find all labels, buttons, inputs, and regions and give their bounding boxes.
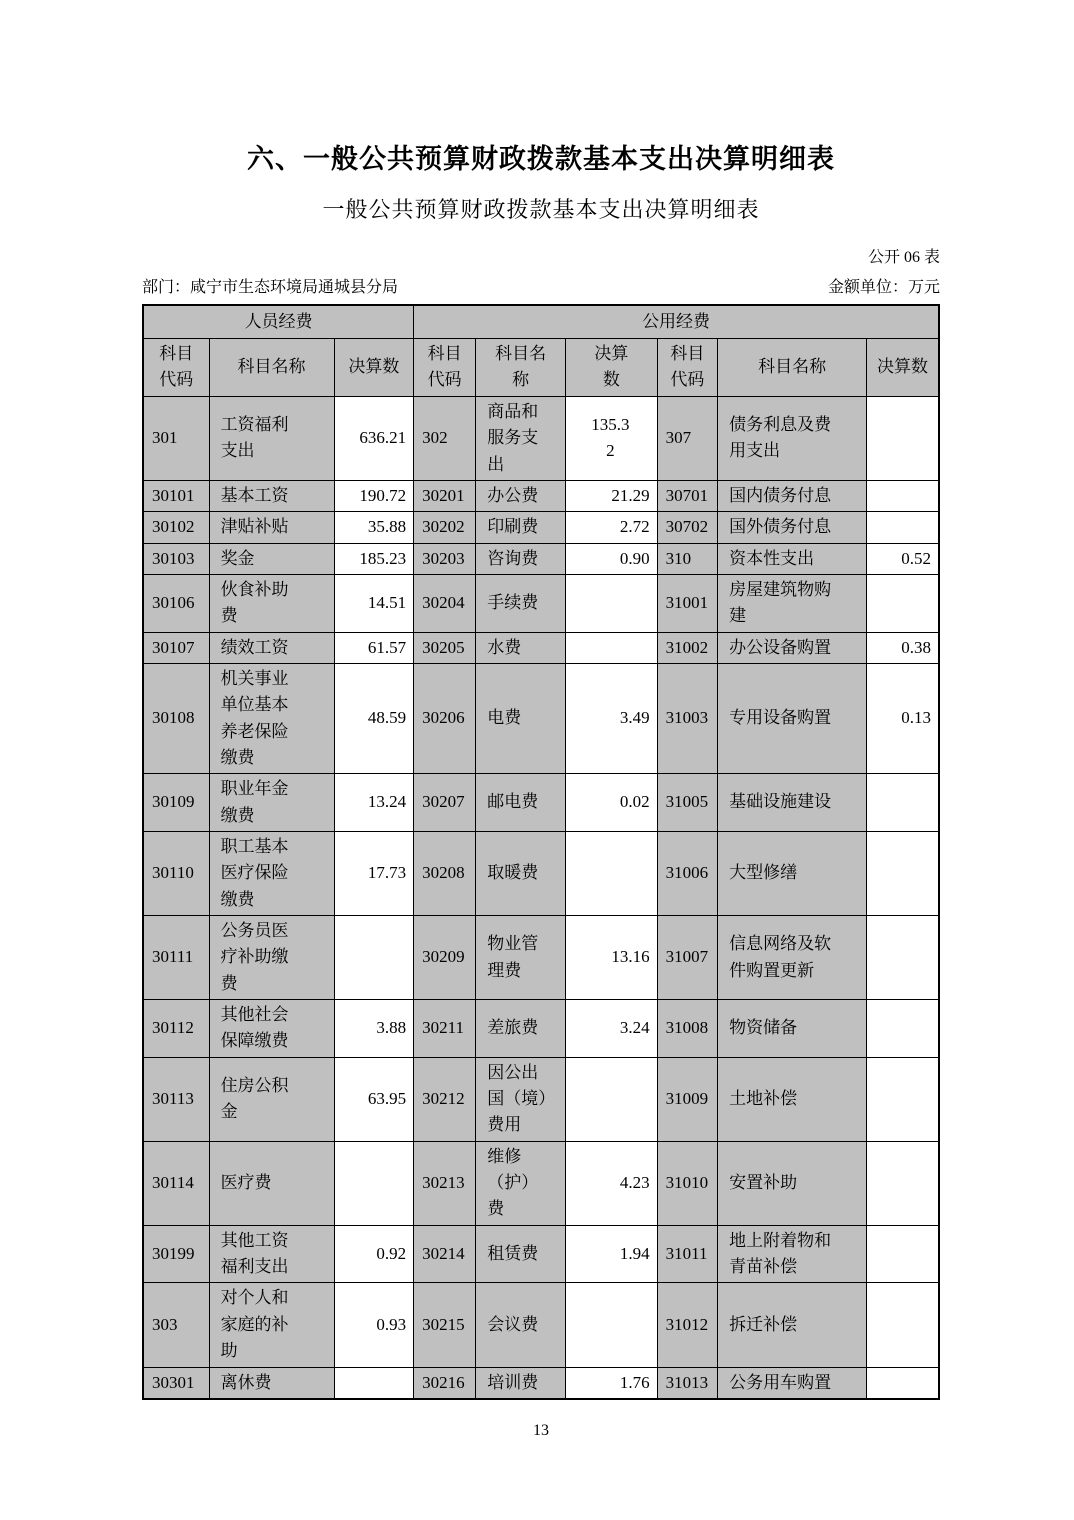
amount-cell: 3.24 xyxy=(566,1000,658,1058)
subject-code-cell: 30702 xyxy=(657,512,717,543)
table-row: 30106伙食补助 费14.5130204手续费31001房屋建筑物购 建 xyxy=(143,574,939,632)
amount-cell: 0.93 xyxy=(334,1283,414,1367)
amount-cell xyxy=(334,1141,414,1225)
column-header: 决算 数 xyxy=(566,339,658,397)
subject-name-cell: 债务利息及费 用支出 xyxy=(718,396,867,480)
amount-cell: 14.51 xyxy=(334,574,414,632)
subject-code-cell: 31006 xyxy=(657,831,717,915)
amount-cell: 636.21 xyxy=(334,396,414,480)
subject-name-cell: 取暖费 xyxy=(476,831,566,915)
subject-name-cell: 商品和 服务支 出 xyxy=(476,396,566,480)
amount-cell xyxy=(334,916,414,1000)
column-header: 科目名 称 xyxy=(476,339,566,397)
amount-cell: 190.72 xyxy=(334,480,414,511)
amount-cell: 13.24 xyxy=(334,774,414,832)
subject-name-cell: 绩效工资 xyxy=(209,632,334,663)
subject-name-cell: 公务用车购置 xyxy=(718,1367,867,1399)
amount-cell: 3.88 xyxy=(334,1000,414,1058)
amount-cell: 21.29 xyxy=(566,480,658,511)
subject-name-cell: 大型修缮 xyxy=(718,831,867,915)
amount-cell: 61.57 xyxy=(334,632,414,663)
table-row: 30113住房公积 金63.9530212因公出 国（境） 费用31009土地补… xyxy=(143,1057,939,1141)
column-header: 科目 代码 xyxy=(143,339,209,397)
subject-code-cell: 30110 xyxy=(143,831,209,915)
subject-name-cell: 职业年金 缴费 xyxy=(209,774,334,832)
subject-name-cell: 公务员医 疗补助缴 费 xyxy=(209,916,334,1000)
amount-cell: 0.92 xyxy=(334,1225,414,1283)
amount-cell xyxy=(867,512,940,543)
subject-name-cell: 国外债务付息 xyxy=(718,512,867,543)
subject-name-cell: 工资福利 支出 xyxy=(209,396,334,480)
subject-code-cell: 30216 xyxy=(414,1367,476,1399)
subject-name-cell: 会议费 xyxy=(476,1283,566,1367)
amount-cell xyxy=(867,774,940,832)
amount-cell xyxy=(867,1367,940,1399)
subject-name-cell: 维修 （护） 费 xyxy=(476,1141,566,1225)
amount-cell: 2.72 xyxy=(566,512,658,543)
subject-name-cell: 咨询费 xyxy=(476,543,566,574)
subject-code-cell: 30202 xyxy=(414,512,476,543)
table-subtitle: 一般公共预算财政拨款基本支出决算明细表 xyxy=(142,197,940,223)
amount-cell: 0.02 xyxy=(566,774,658,832)
subject-code-cell: 31003 xyxy=(657,663,717,773)
subject-code-cell: 303 xyxy=(143,1283,209,1367)
subject-code-cell: 30199 xyxy=(143,1225,209,1283)
subject-code-cell: 30103 xyxy=(143,543,209,574)
amount-cell xyxy=(566,574,658,632)
table-row: 30108机关事业 单位基本 养老保险 缴费48.5930206电费3.4931… xyxy=(143,663,939,773)
amount-cell: 0.90 xyxy=(566,543,658,574)
subject-code-cell: 310 xyxy=(657,543,717,574)
amount-cell xyxy=(867,1000,940,1058)
subject-code-cell: 31008 xyxy=(657,1000,717,1058)
subject-code-cell: 31005 xyxy=(657,774,717,832)
subject-code-cell: 30201 xyxy=(414,480,476,511)
amount-cell: 4.23 xyxy=(566,1141,658,1225)
subject-name-cell: 物资储备 xyxy=(718,1000,867,1058)
column-header: 科目 代码 xyxy=(657,339,717,397)
table-row: 301工资福利 支出636.21302商品和 服务支 出135.3 2307债务… xyxy=(143,396,939,480)
subject-code-cell: 30208 xyxy=(414,831,476,915)
subject-code-cell: 30108 xyxy=(143,663,209,773)
amount-cell xyxy=(566,1283,658,1367)
amount-cell xyxy=(867,831,940,915)
subject-code-cell: 31013 xyxy=(657,1367,717,1399)
table-row: 30110职工基本 医疗保险 缴费17.7330208取暖费31006大型修缮 xyxy=(143,831,939,915)
subject-name-cell: 伙食补助 费 xyxy=(209,574,334,632)
unit-label: 金额单位：万元 xyxy=(828,274,940,297)
subject-code-cell: 31002 xyxy=(657,632,717,663)
subject-name-cell: 租赁费 xyxy=(476,1225,566,1283)
table-row: 30112其他社会 保障缴费3.8830211差旅费3.2431008物资储备 xyxy=(143,1000,939,1058)
subject-code-cell: 30102 xyxy=(143,512,209,543)
page-number: 13 xyxy=(142,1422,940,1440)
subject-code-cell: 307 xyxy=(657,396,717,480)
amount-cell xyxy=(867,1057,940,1141)
subject-name-cell: 津贴补贴 xyxy=(209,512,334,543)
subject-code-cell: 30701 xyxy=(657,480,717,511)
amount-cell: 185.23 xyxy=(334,543,414,574)
table-code-label: 公开 06 表 xyxy=(142,244,940,267)
subject-name-cell: 国内债务付息 xyxy=(718,480,867,511)
table-row: 30107绩效工资61.5730205水费31002办公设备购置0.38 xyxy=(143,632,939,663)
amount-cell: 0.52 xyxy=(867,543,940,574)
amount-cell xyxy=(867,916,940,1000)
table-row: 303对个人和 家庭的补 助0.9330215会议费31012拆迁补偿 xyxy=(143,1283,939,1367)
table-row: 30199其他工资 福利支出0.9230214租赁费1.9431011地上附着物… xyxy=(143,1225,939,1283)
table-row: 30103奖金185.2330203咨询费0.90310资本性支出0.52 xyxy=(143,543,939,574)
table-row: 30114医疗费30213维修 （护） 费4.2331010安置补助 xyxy=(143,1141,939,1225)
amount-cell xyxy=(867,1283,940,1367)
column-header: 科目 代码 xyxy=(414,339,476,397)
column-header: 科目名称 xyxy=(718,339,867,397)
amount-cell xyxy=(867,574,940,632)
subject-code-cell: 30113 xyxy=(143,1057,209,1141)
subject-name-cell: 对个人和 家庭的补 助 xyxy=(209,1283,334,1367)
amount-cell: 1.94 xyxy=(566,1225,658,1283)
amount-cell: 35.88 xyxy=(334,512,414,543)
subject-name-cell: 水费 xyxy=(476,632,566,663)
subject-name-cell: 其他工资 福利支出 xyxy=(209,1225,334,1283)
amount-cell: 0.38 xyxy=(867,632,940,663)
subject-code-cell: 30301 xyxy=(143,1367,209,1399)
amount-cell: 17.73 xyxy=(334,831,414,915)
subject-name-cell: 房屋建筑物购 建 xyxy=(718,574,867,632)
amount-cell: 63.95 xyxy=(334,1057,414,1141)
subject-name-cell: 手续费 xyxy=(476,574,566,632)
page-title: 六、一般公共预算财政拨款基本支出决算明细表 xyxy=(142,143,940,175)
amount-cell: 135.3 2 xyxy=(566,396,658,480)
amount-cell xyxy=(867,1225,940,1283)
group-header: 人员经费 xyxy=(143,305,414,339)
table-row: 30109职业年金 缴费13.2430207邮电费0.0231005基础设施建设 xyxy=(143,774,939,832)
document-page: 六、一般公共预算财政拨款基本支出决算明细表 一般公共预算财政拨款基本支出决算明细… xyxy=(142,0,940,1440)
subject-code-cell: 30204 xyxy=(414,574,476,632)
subject-name-cell: 因公出 国（境） 费用 xyxy=(476,1057,566,1141)
subject-code-cell: 30112 xyxy=(143,1000,209,1058)
subject-name-cell: 培训费 xyxy=(476,1367,566,1399)
subject-name-cell: 地上附着物和 青苗补偿 xyxy=(718,1225,867,1283)
column-header: 决算数 xyxy=(334,339,414,397)
subject-code-cell: 30207 xyxy=(414,774,476,832)
subject-code-cell: 30106 xyxy=(143,574,209,632)
amount-cell: 0.13 xyxy=(867,663,940,773)
amount-cell: 48.59 xyxy=(334,663,414,773)
subject-name-cell: 拆迁补偿 xyxy=(718,1283,867,1367)
subject-code-cell: 30114 xyxy=(143,1141,209,1225)
subject-name-cell: 安置补助 xyxy=(718,1141,867,1225)
subject-code-cell: 30205 xyxy=(414,632,476,663)
amount-cell xyxy=(867,396,940,480)
subject-name-cell: 资本性支出 xyxy=(718,543,867,574)
subject-name-cell: 基本工资 xyxy=(209,480,334,511)
subject-name-cell: 信息网络及软 件购置更新 xyxy=(718,916,867,1000)
group-header: 公用经费 xyxy=(414,305,939,339)
subject-name-cell: 离休费 xyxy=(209,1367,334,1399)
budget-table: 人员经费公用经费科目 代码科目名称决算数科目 代码科目名 称决算 数科目 代码科… xyxy=(142,304,940,1400)
subject-name-cell: 差旅费 xyxy=(476,1000,566,1058)
table-body: 301工资福利 支出636.21302商品和 服务支 出135.3 2307债务… xyxy=(143,396,939,1399)
amount-cell: 1.76 xyxy=(566,1367,658,1399)
subject-code-cell: 30214 xyxy=(414,1225,476,1283)
subject-code-cell: 30213 xyxy=(414,1141,476,1225)
subject-code-cell: 30211 xyxy=(414,1000,476,1058)
subject-name-cell: 专用设备购置 xyxy=(718,663,867,773)
meta-row: 部门：咸宁市生态环境局通城县分局 金额单位：万元 xyxy=(142,274,940,297)
subject-name-cell: 印刷费 xyxy=(476,512,566,543)
column-header: 科目名称 xyxy=(209,339,334,397)
table-row: 30101基本工资190.7230201办公费21.2930701国内债务付息 xyxy=(143,480,939,511)
subject-code-cell: 30107 xyxy=(143,632,209,663)
subject-name-cell: 住房公积 金 xyxy=(209,1057,334,1141)
amount-cell xyxy=(566,1057,658,1141)
subject-code-cell: 31010 xyxy=(657,1141,717,1225)
subject-code-cell: 30206 xyxy=(414,663,476,773)
amount-cell xyxy=(566,632,658,663)
subject-code-cell: 30109 xyxy=(143,774,209,832)
subject-code-cell: 31011 xyxy=(657,1225,717,1283)
subject-name-cell: 电费 xyxy=(476,663,566,773)
subject-name-cell: 土地补偿 xyxy=(718,1057,867,1141)
column-header: 决算数 xyxy=(867,339,940,397)
amount-cell: 3.49 xyxy=(566,663,658,773)
table-row: 30301离休费30216培训费1.7631013公务用车购置 xyxy=(143,1367,939,1399)
subject-code-cell: 30215 xyxy=(414,1283,476,1367)
subject-code-cell: 30111 xyxy=(143,916,209,1000)
amount-cell xyxy=(334,1367,414,1399)
subject-code-cell: 302 xyxy=(414,396,476,480)
amount-cell xyxy=(867,480,940,511)
subject-code-cell: 30212 xyxy=(414,1057,476,1141)
department-label: 部门：咸宁市生态环境局通城县分局 xyxy=(142,274,398,297)
amount-cell: 13.16 xyxy=(566,916,658,1000)
table-row: 30111公务员医 疗补助缴 费30209物业管 理费13.1631007信息网… xyxy=(143,916,939,1000)
subject-name-cell: 办公费 xyxy=(476,480,566,511)
amount-cell xyxy=(867,1141,940,1225)
amount-cell xyxy=(566,831,658,915)
subject-name-cell: 机关事业 单位基本 养老保险 缴费 xyxy=(209,663,334,773)
subject-code-cell: 31012 xyxy=(657,1283,717,1367)
subject-name-cell: 物业管 理费 xyxy=(476,916,566,1000)
table-row: 30102津贴补贴35.8830202印刷费2.7230702国外债务付息 xyxy=(143,512,939,543)
subject-code-cell: 31001 xyxy=(657,574,717,632)
subject-name-cell: 职工基本 医疗保险 缴费 xyxy=(209,831,334,915)
table-header: 人员经费公用经费科目 代码科目名称决算数科目 代码科目名 称决算 数科目 代码科… xyxy=(143,305,939,397)
subject-name-cell: 医疗费 xyxy=(209,1141,334,1225)
subject-code-cell: 31009 xyxy=(657,1057,717,1141)
subject-code-cell: 30209 xyxy=(414,916,476,1000)
subject-name-cell: 基础设施建设 xyxy=(718,774,867,832)
subject-code-cell: 30203 xyxy=(414,543,476,574)
subject-code-cell: 301 xyxy=(143,396,209,480)
subject-name-cell: 邮电费 xyxy=(476,774,566,832)
subject-name-cell: 其他社会 保障缴费 xyxy=(209,1000,334,1058)
subject-name-cell: 办公设备购置 xyxy=(718,632,867,663)
subject-code-cell: 30101 xyxy=(143,480,209,511)
subject-name-cell: 奖金 xyxy=(209,543,334,574)
subject-code-cell: 31007 xyxy=(657,916,717,1000)
